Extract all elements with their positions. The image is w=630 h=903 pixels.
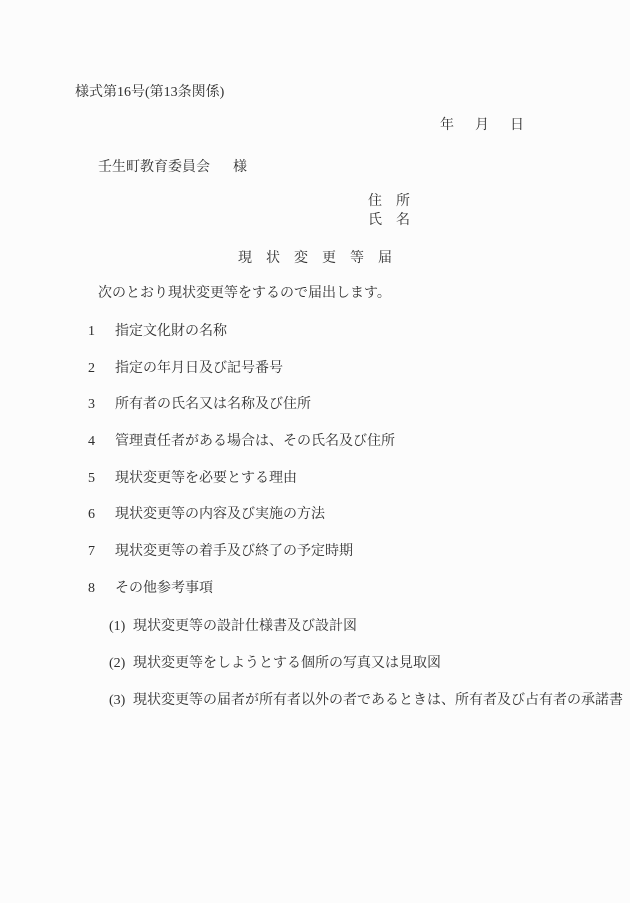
item-label: 指定文化財の名称 — [115, 323, 227, 341]
sub-item-label: 現状変更等をしようとする個所の写真又は見取図 — [133, 655, 441, 673]
item-number: 5 — [88, 470, 115, 488]
sub-item-row-1: (1) 現状変更等の設計仕様書及び設計図 — [109, 618, 357, 636]
sub-item-number: (3) — [109, 692, 133, 710]
document-page: 様式第16号(第13条関係) 年 月 日 壬生町教育委員会 様 住 所 氏 名 … — [0, 0, 630, 903]
intro-text: 次のとおり現状変更等をするので届出します。 — [98, 285, 391, 303]
item-number: 7 — [88, 543, 115, 561]
sub-item-row-2: (2) 現状変更等をしようとする個所の写真又は見取図 — [109, 655, 441, 673]
item-number: 6 — [88, 506, 115, 524]
item-label: 現状変更等を必要とする理由 — [115, 470, 297, 488]
item-label: 管理責任者がある場合は、その氏名及び住所 — [115, 433, 395, 451]
item-row-5: 5 現状変更等を必要とする理由 — [88, 470, 297, 488]
date-day-label: 日 — [510, 117, 524, 135]
item-label: その他参考事項 — [115, 580, 213, 598]
item-row-2: 2 指定の年月日及び記号番号 — [88, 360, 283, 378]
item-label: 指定の年月日及び記号番号 — [115, 360, 283, 378]
item-row-4: 4 管理責任者がある場合は、その氏名及び住所 — [88, 433, 395, 451]
sender-name-label: 氏 名 — [368, 212, 410, 230]
sub-item-number: (2) — [109, 655, 133, 673]
form-number: 様式第16号(第13条関係) — [75, 84, 224, 102]
item-number: 2 — [88, 360, 115, 378]
document-title: 現 状 変 更 等 届 — [0, 250, 630, 268]
sub-item-row-3: (3) 現状変更等の届者が所有者以外の者であるときは、所有者及び占有者の承諾書 — [109, 692, 623, 710]
addressee-line: 壬生町教育委員会 様 — [98, 159, 247, 177]
sender-address-label: 住 所 — [368, 193, 410, 211]
item-row-7: 7 現状変更等の着手及び終了の予定時期 — [88, 543, 353, 561]
item-row-6: 6 現状変更等の内容及び実施の方法 — [88, 506, 325, 524]
sub-item-label: 現状変更等の設計仕様書及び設計図 — [133, 618, 357, 636]
item-number: 4 — [88, 433, 115, 451]
item-number: 3 — [88, 396, 115, 414]
item-number: 1 — [88, 323, 115, 341]
item-row-8: 8 その他参考事項 — [88, 580, 213, 598]
date-month-label: 月 — [475, 117, 489, 135]
item-label: 現状変更等の内容及び実施の方法 — [115, 506, 325, 524]
item-number: 8 — [88, 580, 115, 598]
item-row-3: 3 所有者の氏名又は名称及び住所 — [88, 396, 311, 414]
item-label: 現状変更等の着手及び終了の予定時期 — [115, 543, 353, 561]
item-row-1: 1 指定文化財の名称 — [88, 323, 227, 341]
date-year-label: 年 — [440, 117, 454, 135]
item-label: 所有者の氏名又は名称及び住所 — [115, 396, 311, 414]
sub-item-label: 現状変更等の届者が所有者以外の者であるときは、所有者及び占有者の承諾書 — [133, 692, 623, 710]
date-line: 年 月 日 — [440, 117, 524, 135]
sub-item-number: (1) — [109, 618, 133, 636]
addressee-name: 壬生町教育委員会 — [98, 159, 210, 177]
addressee-honorific: 様 — [233, 159, 247, 177]
